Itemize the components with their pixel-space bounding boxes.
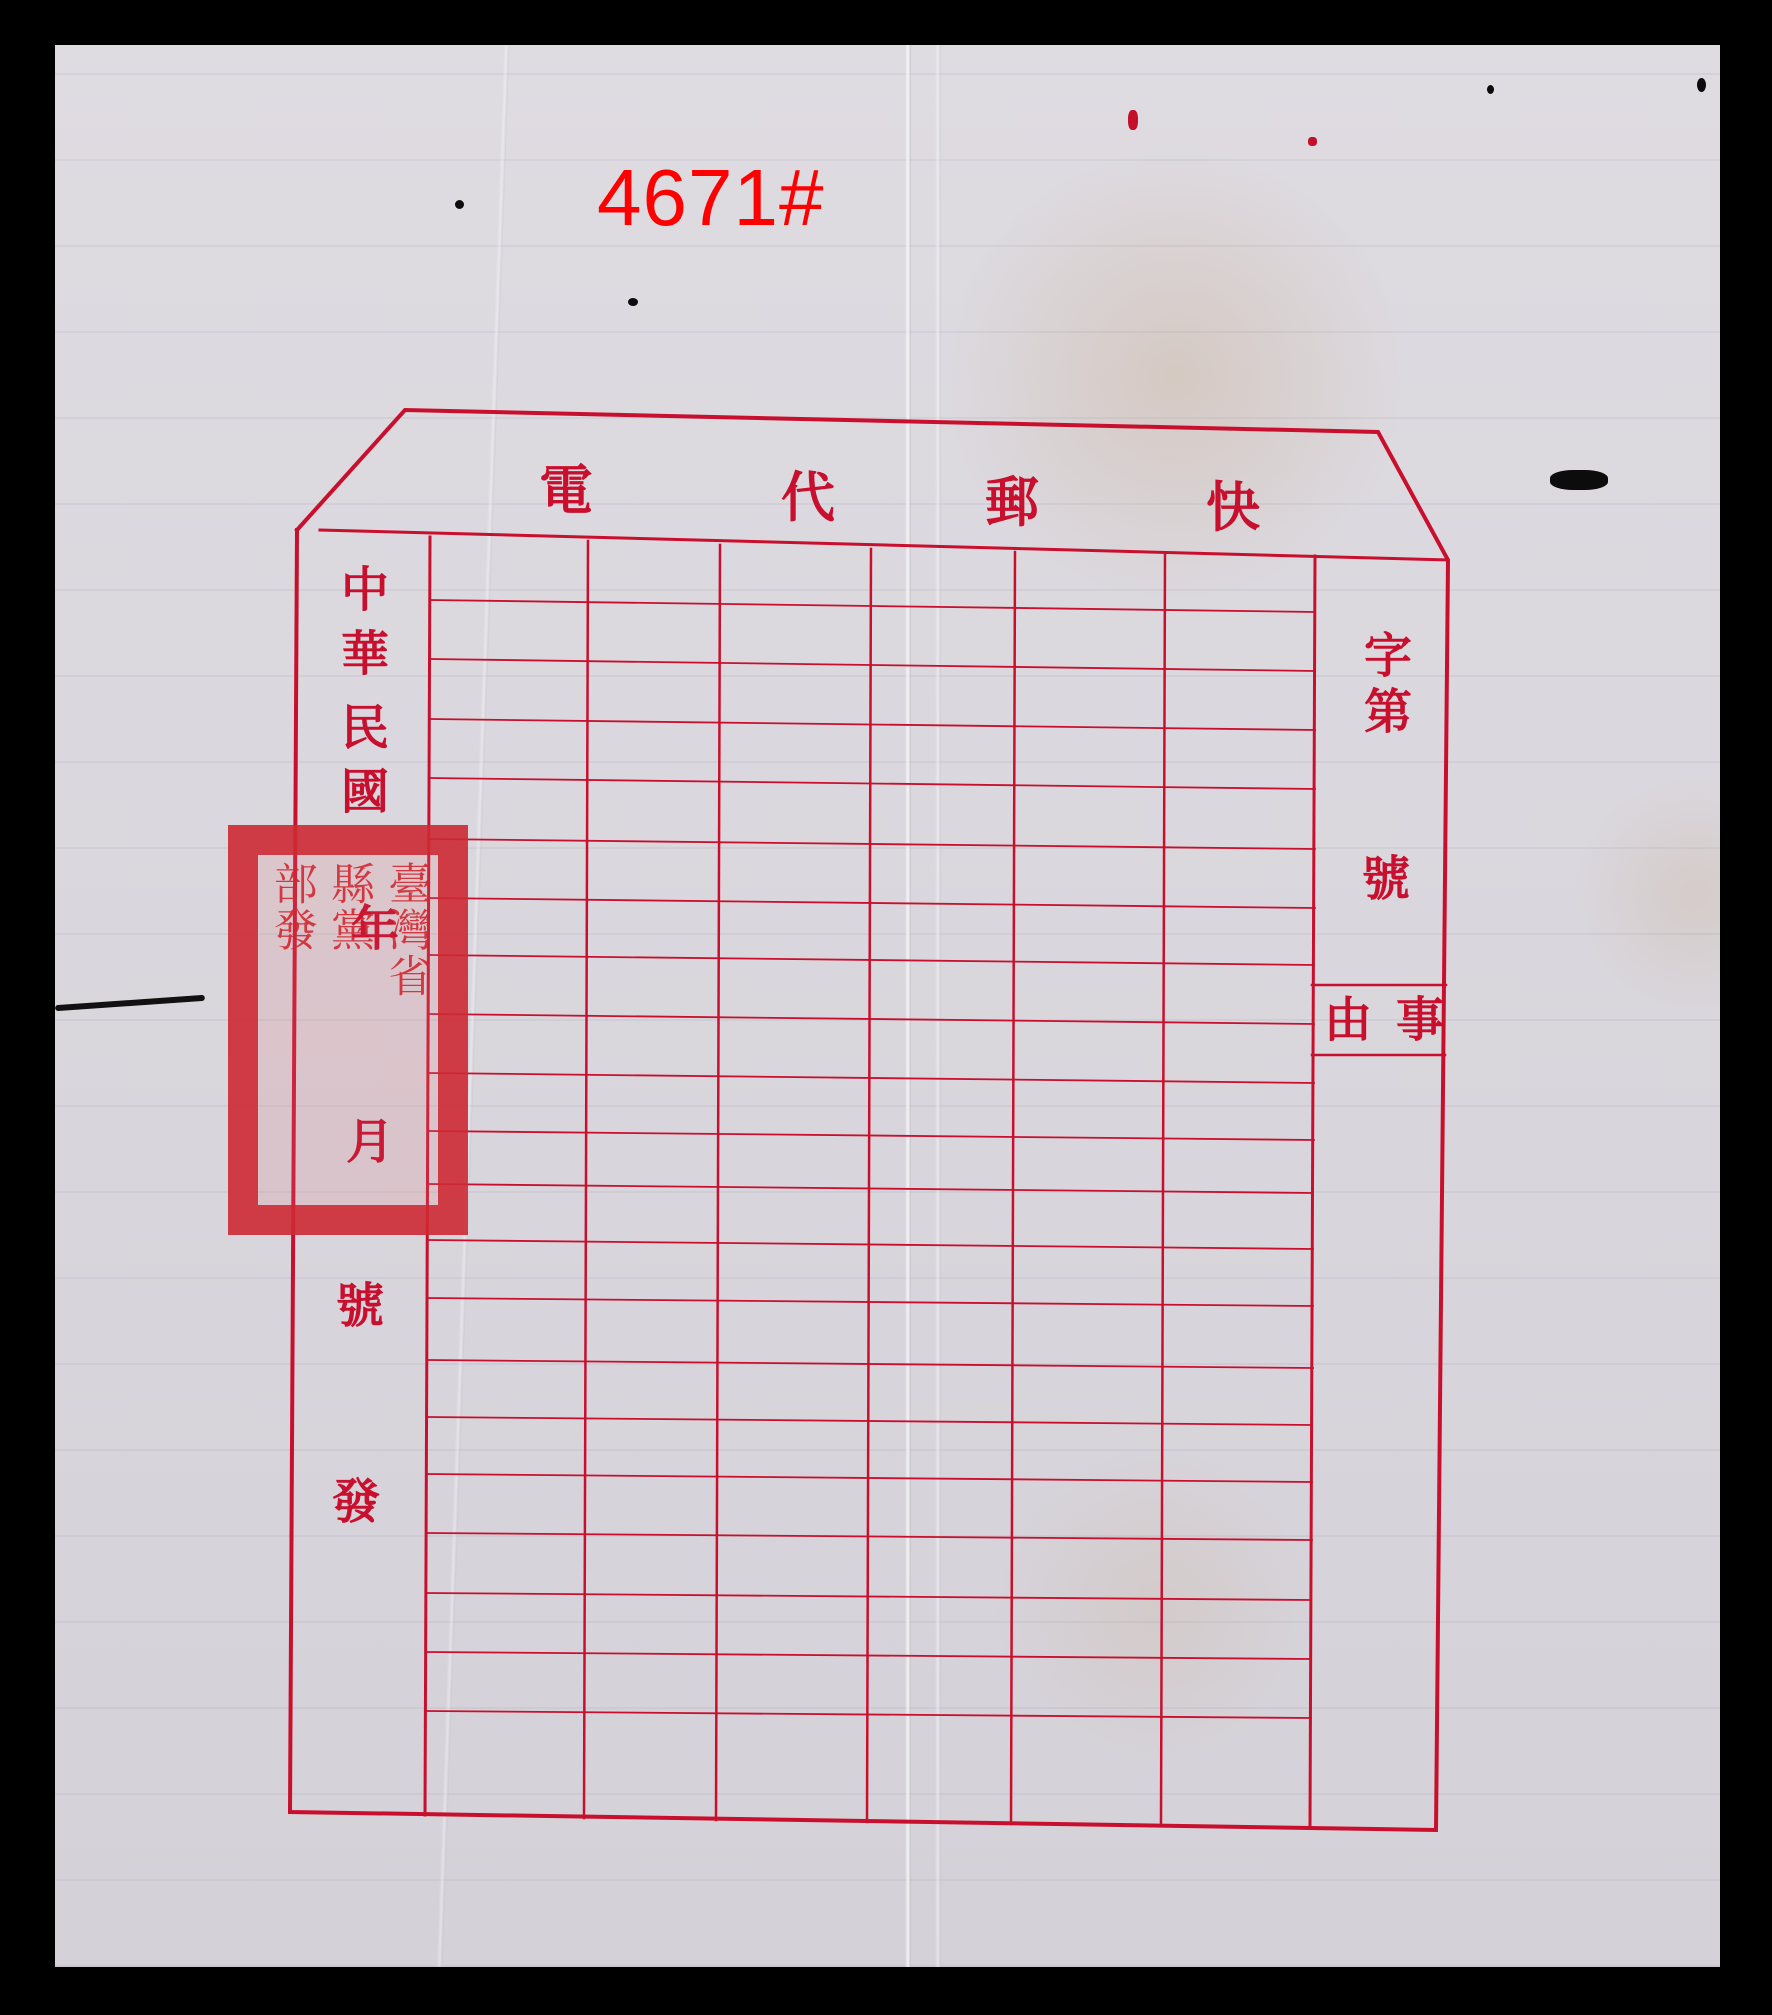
serial-char: 第 <box>1358 688 1418 736</box>
year-label: 年 <box>345 905 405 953</box>
subject-char: 由 <box>1318 996 1378 1044</box>
title-char: 電 <box>536 463 596 517</box>
country-char: 民 <box>335 704 395 752</box>
serial-char: 字 <box>1358 632 1418 680</box>
serial-number-label: 號 <box>1356 855 1416 903</box>
title-char: 代 <box>778 470 838 524</box>
number-label: 號 <box>330 1282 390 1330</box>
country-char: 華 <box>335 630 395 678</box>
title-char: 快 <box>1203 480 1263 534</box>
stamp-text: 部發 <box>268 861 314 1199</box>
issue-label: 發 <box>326 1478 386 1526</box>
month-label: 月 <box>340 1118 400 1166</box>
country-char: 中 <box>335 566 395 614</box>
official-seal-stamp: 臺灣省 縣黨 部發 <box>228 825 468 1235</box>
country-char: 國 <box>335 768 395 816</box>
subject-char: 事 <box>1390 996 1450 1044</box>
title-char: 郵 <box>982 475 1042 529</box>
